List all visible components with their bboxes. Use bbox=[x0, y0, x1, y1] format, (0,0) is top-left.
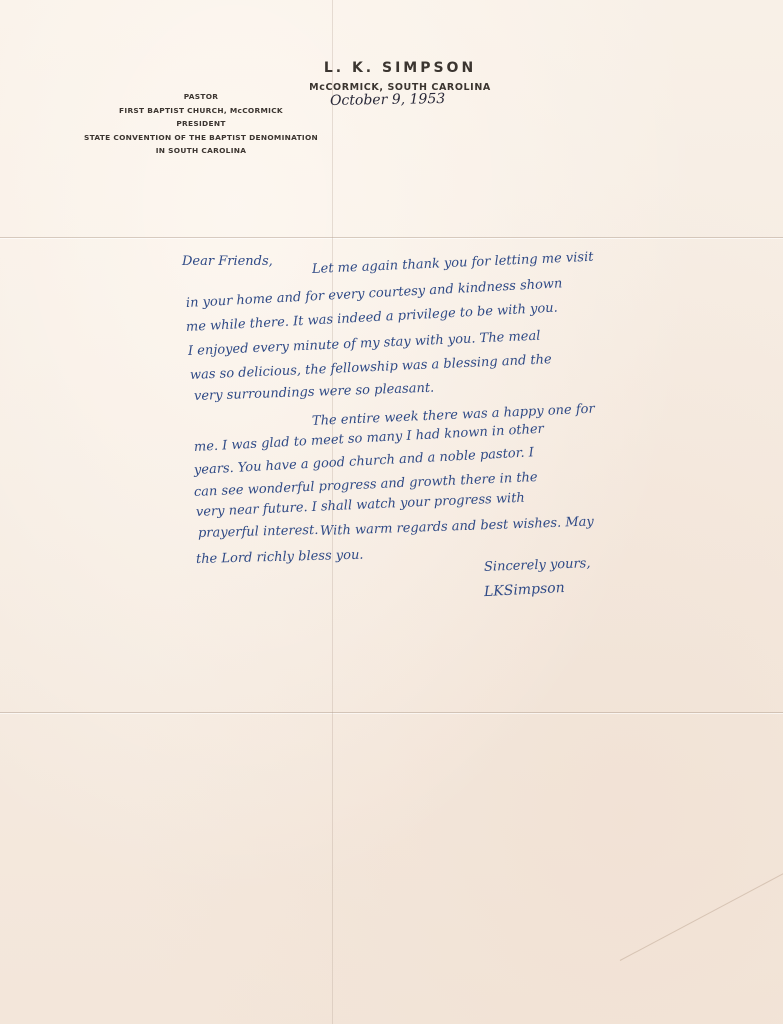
title-line: PRESIDENT bbox=[56, 117, 346, 131]
letter-date: October 9, 1953 bbox=[330, 91, 445, 109]
title-line: PASTOR bbox=[56, 90, 346, 104]
letterhead-titles: PASTOR FIRST BAPTIST CHURCH, McCORMICK P… bbox=[56, 90, 346, 158]
title-line: STATE CONVENTION OF THE BAPTIST DENOMINA… bbox=[56, 131, 346, 145]
salutation: Dear Friends, bbox=[182, 254, 273, 269]
fold-line-bottom bbox=[0, 712, 783, 713]
title-line: IN SOUTH CAROLINA bbox=[56, 144, 346, 158]
title-line: FIRST BAPTIST CHURCH, McCORMICK bbox=[56, 104, 346, 118]
fold-line-top bbox=[0, 237, 783, 238]
letterhead-name: L. K. SIMPSON bbox=[280, 60, 520, 76]
letter-line: prayerful interest. bbox=[198, 523, 319, 541]
